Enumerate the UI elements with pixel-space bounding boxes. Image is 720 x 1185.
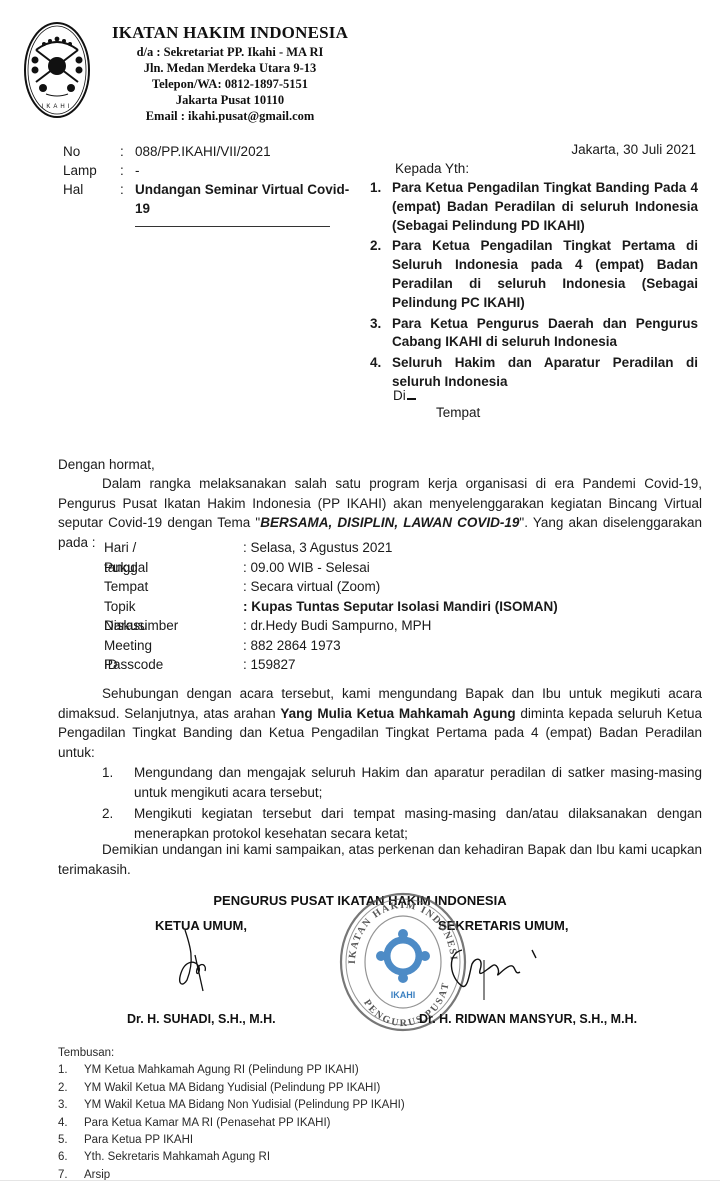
action-item: 2. Mengikuti kegiatan tersebut dari temp… [102,804,702,843]
letter-number: 088/PP.IKAHI/VII/2021 [135,142,271,161]
recipient-item: 1. Para Ketua Pengadilan Tingkat Banding… [370,179,698,235]
right-signature-scribble [440,940,560,1000]
detail-key: Narasumber [104,616,178,636]
detail-value: : Kupas Tuntas Seputar Isolasi Mandiri (… [243,597,558,617]
salutation: Dengan hormat, [58,455,155,475]
recipients-list: 1. Para Ketua Pengadilan Tingkat Banding… [370,179,698,394]
ikahi-logo: IKAHI [22,20,92,120]
city-line: Jakarta Pusat 10110 [95,92,365,108]
detail-key: Tempat [104,577,148,597]
detail-value: : dr.Hedy Budi Sampurno, MPH [243,616,431,636]
left-signer-name: Dr. H. SUHADI, S.H., M.H. [127,1012,276,1026]
letter-meta: No : 088/PP.IKAHI/VII/2021 Lamp : - Hal … [0,142,360,242]
detail-key: Passcode [104,655,163,675]
meta-hal: Hal : Undangan Seminar Virtual Covid-19 [0,180,360,220]
svg-text:IKAHI: IKAHI [391,990,416,1000]
phone-line: Telepon/WA: 0812-1897-5151 [95,76,365,92]
svg-text:IKAHI: IKAHI [42,104,73,110]
letter-subject: Undangan Seminar Virtual Covid-19 [135,180,350,218]
theme-text: BERSAMA, DISIPLIN, LAWAN COVID-19 [260,515,519,530]
detail-value: : 09.00 WIB - Selesai [243,558,370,578]
meta-lamp: Lamp : - [0,161,360,180]
detail-value: : Secara virtual (Zoom) [243,577,380,597]
letter-date: Jakarta, 30 Juli 2021 [571,142,696,157]
email-line: Email : ikahi.pusat@gmail.com [95,108,365,124]
meta-no: No : 088/PP.IKAHI/VII/2021 [0,142,360,161]
page-bottom-rule [0,1180,720,1181]
detail-key: Pukul [104,558,138,578]
organization-name: IKATAN HAKIM INDONESIA [95,22,365,44]
chief-justice-ref: Yang Mulia Ketua Mahkamah Agung [280,706,515,721]
closing-paragraph: Demikian undangan ini kami sampaikan, at… [58,840,702,879]
detail-value: : 159827 [243,655,296,675]
address-line: d/a : Sekretariat PP. Ikahi - MA RI [95,44,365,60]
action-list: 1. Mengundang dan mengajak seluruh Hakim… [102,763,702,845]
recipient-item: 4. Seluruh Hakim dan Aparatur Peradilan … [370,354,698,392]
tempat-label: Tempat [436,405,480,420]
di-label: Di [393,386,416,403]
recipients-intro: Kepada Yth: [395,161,469,176]
detail-value: : 882 2864 1973 [243,636,341,656]
detail-value: : Selasa, 3 Agustus 2021 [243,538,392,558]
paragraph-request: Sehubungan dengan acara tersebut, kami m… [58,684,702,762]
left-signature-scribble [165,925,235,995]
subject-underline [135,226,330,227]
recipient-item: 3. Para Ketua Pengurus Daerah dan Pengur… [370,315,698,353]
address-line: Jln. Medan Merdeka Utara 9-13 [95,60,365,76]
right-signer-name: Dr. H. RIDWAN MANSYUR, S.H., M.H. [419,1012,637,1026]
recipient-item: 2. Para Ketua Pengadilan Tingkat Pertama… [370,237,698,312]
letterhead: IKATAN HAKIM INDONESIA d/a : Sekretariat… [95,22,365,124]
ikahi-emblem-icon: IKAHI [22,20,92,120]
action-item: 1. Mengundang dan mengajak seluruh Hakim… [102,763,702,802]
